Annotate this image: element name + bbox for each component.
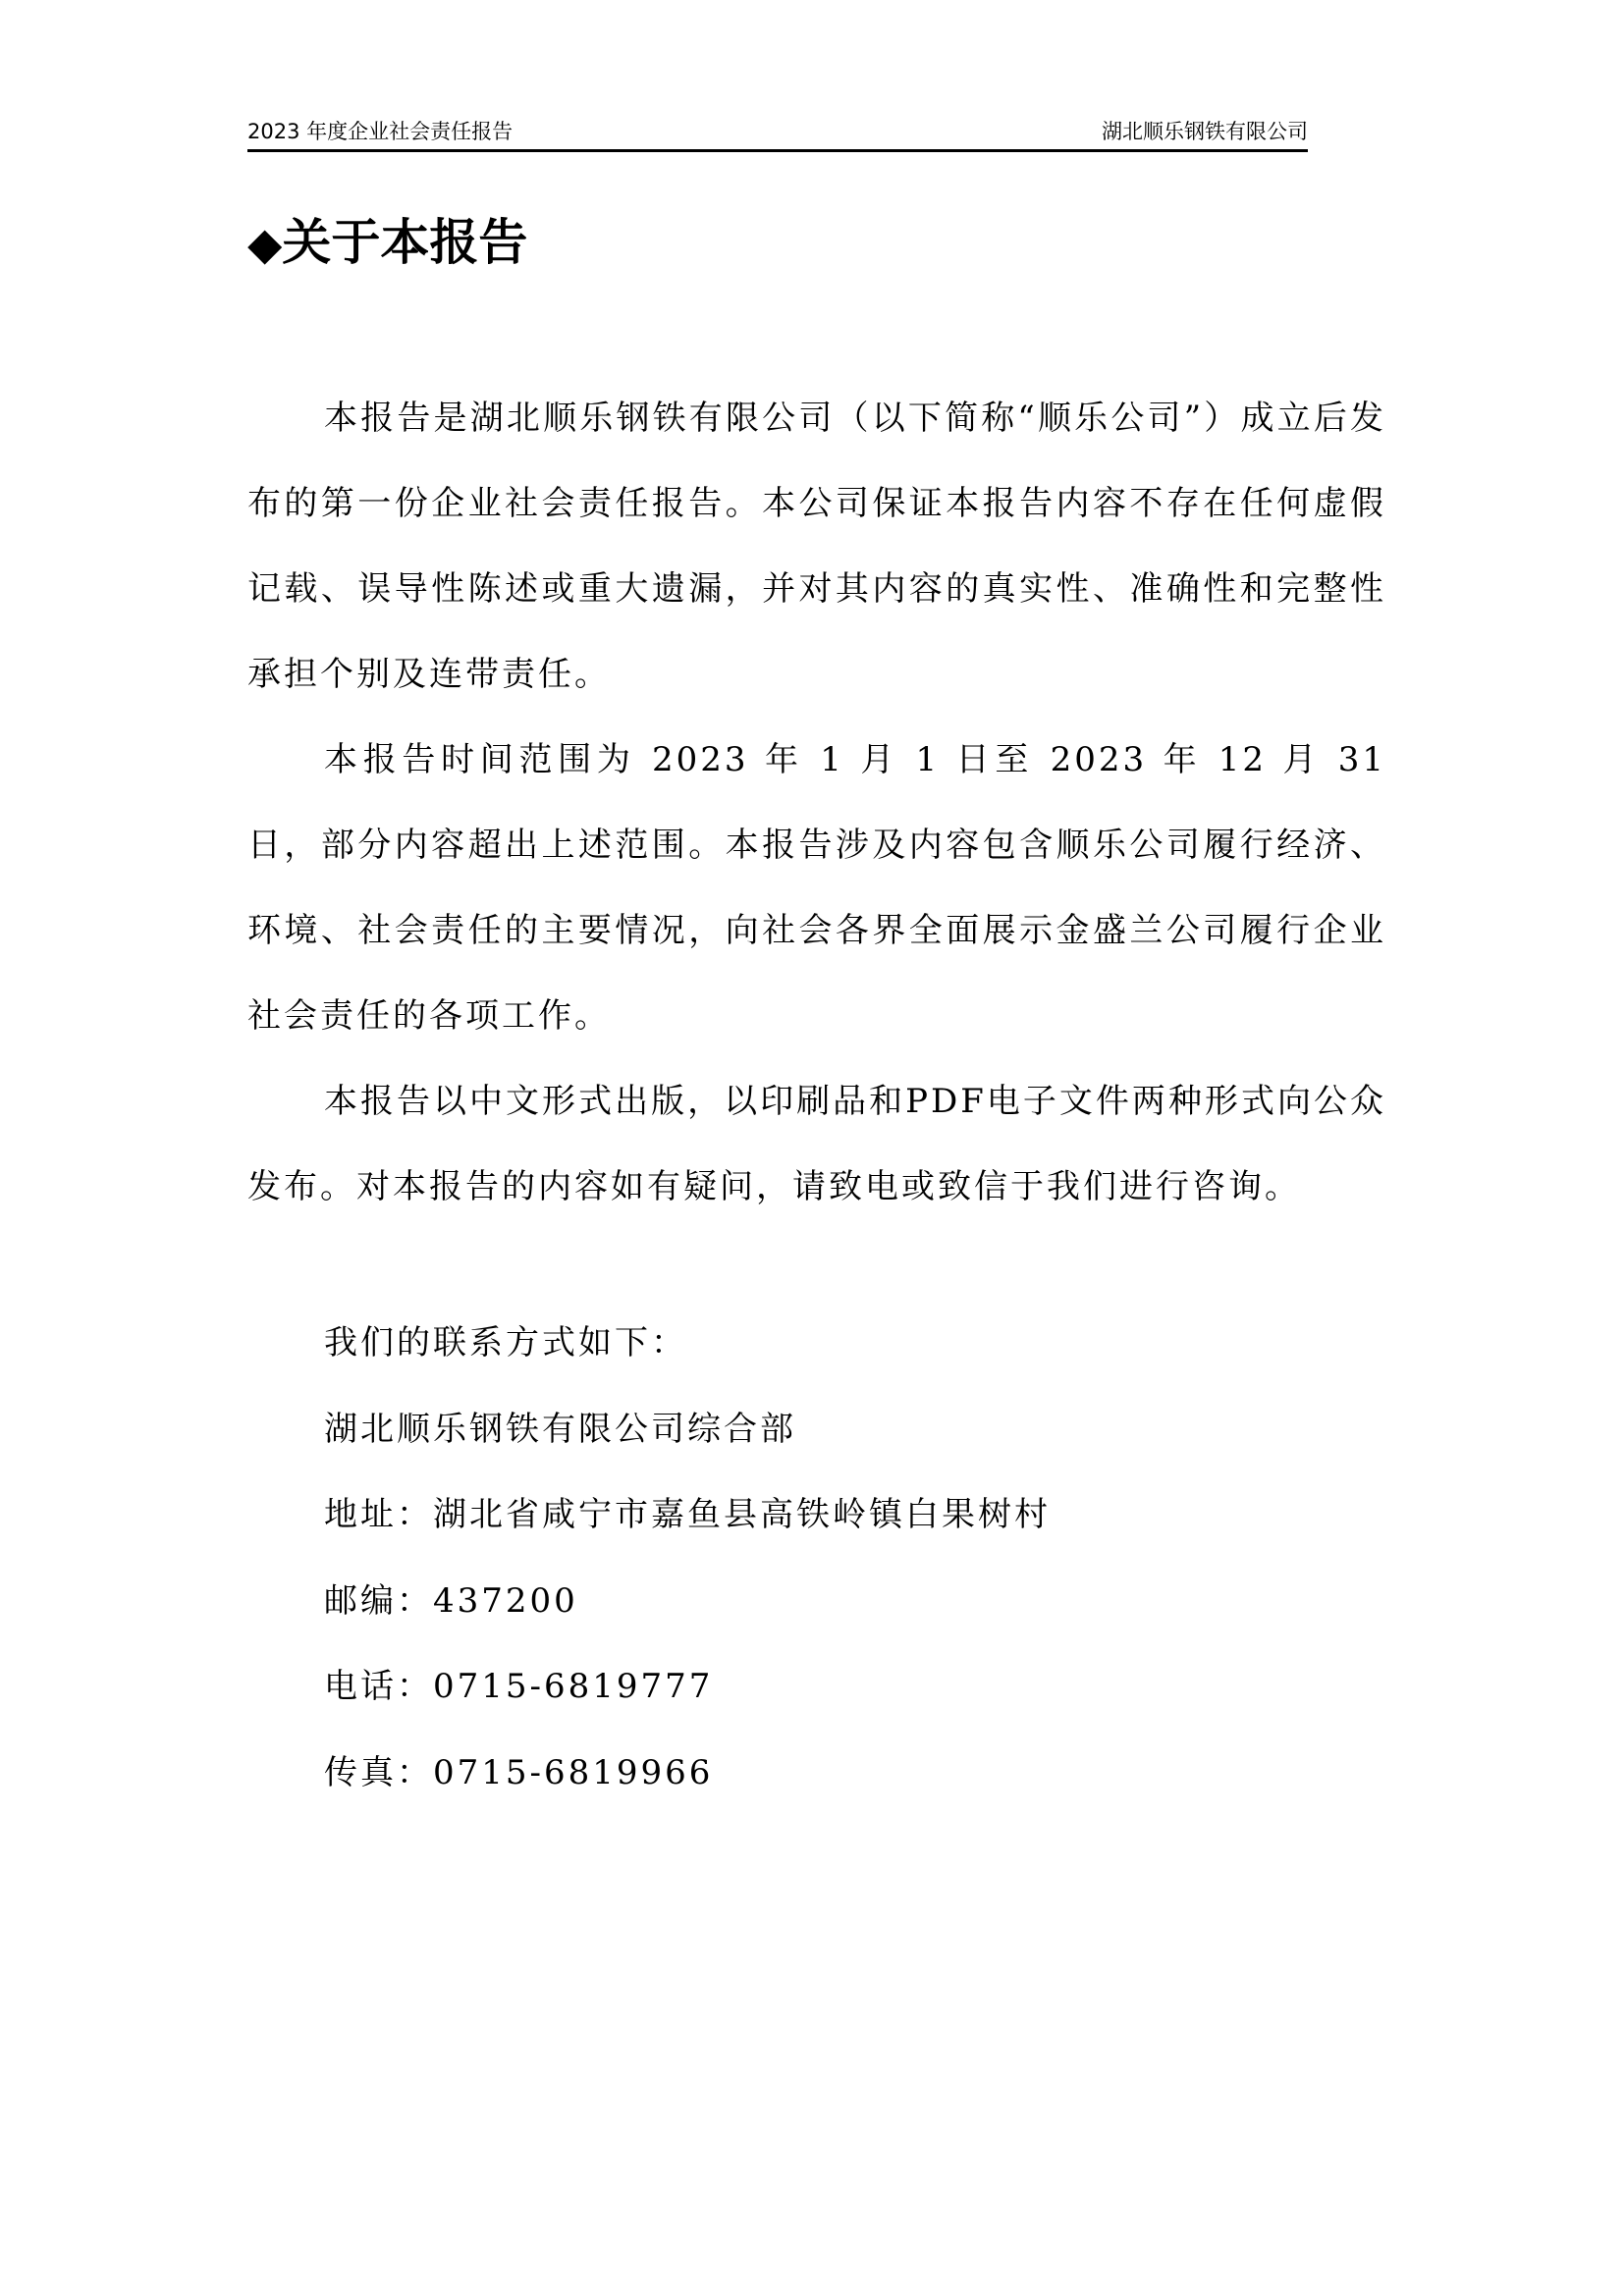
contact-address: 地址：湖北省咸宁市嘉鱼县高铁岭镇白果树村 (324, 1472, 1051, 1559)
contact-intro: 我们的联系方式如下： (324, 1301, 1051, 1387)
contact-phone: 电话：0715-6819777 (324, 1644, 1051, 1731)
contact-department: 湖北顺乐钢铁有限公司综合部 (324, 1387, 1051, 1473)
diamond-bullet-icon: ◆ (247, 217, 282, 270)
company-name-header: 湖北顺乐钢铁有限公司 (1102, 114, 1308, 149)
page-header: 2023 年度企业社会责任报告 湖北顺乐钢铁有限公司 (247, 114, 1308, 152)
report-body: 本报告是湖北顺乐钢铁有限公司（以下简称“顺乐公司”）成立后发布的第一份企业社会责… (247, 376, 1386, 1230)
paragraph-publication: 本报告以中文形式出版，以印刷品和PDF电子文件两种形式向公众发布。对本报告的内容… (247, 1059, 1386, 1230)
paragraph-intro: 本报告是湖北顺乐钢铁有限公司（以下简称“顺乐公司”）成立后发布的第一份企业社会责… (247, 376, 1386, 718)
section-title: ◆关于本报告 (247, 208, 527, 278)
paragraph-scope: 本报告时间范围为 2023 年 1 月 1 日至 2023 年 12 月 31 … (247, 718, 1386, 1059)
report-title-header: 2023 年度企业社会责任报告 (247, 114, 513, 149)
contact-fax: 传真：0715-6819966 (324, 1731, 1051, 1817)
section-title-text: 关于本报告 (282, 214, 527, 271)
contact-postcode: 邮编：437200 (324, 1559, 1051, 1645)
contact-block: 我们的联系方式如下： 湖北顺乐钢铁有限公司综合部 地址：湖北省咸宁市嘉鱼县高铁岭… (324, 1301, 1051, 1816)
